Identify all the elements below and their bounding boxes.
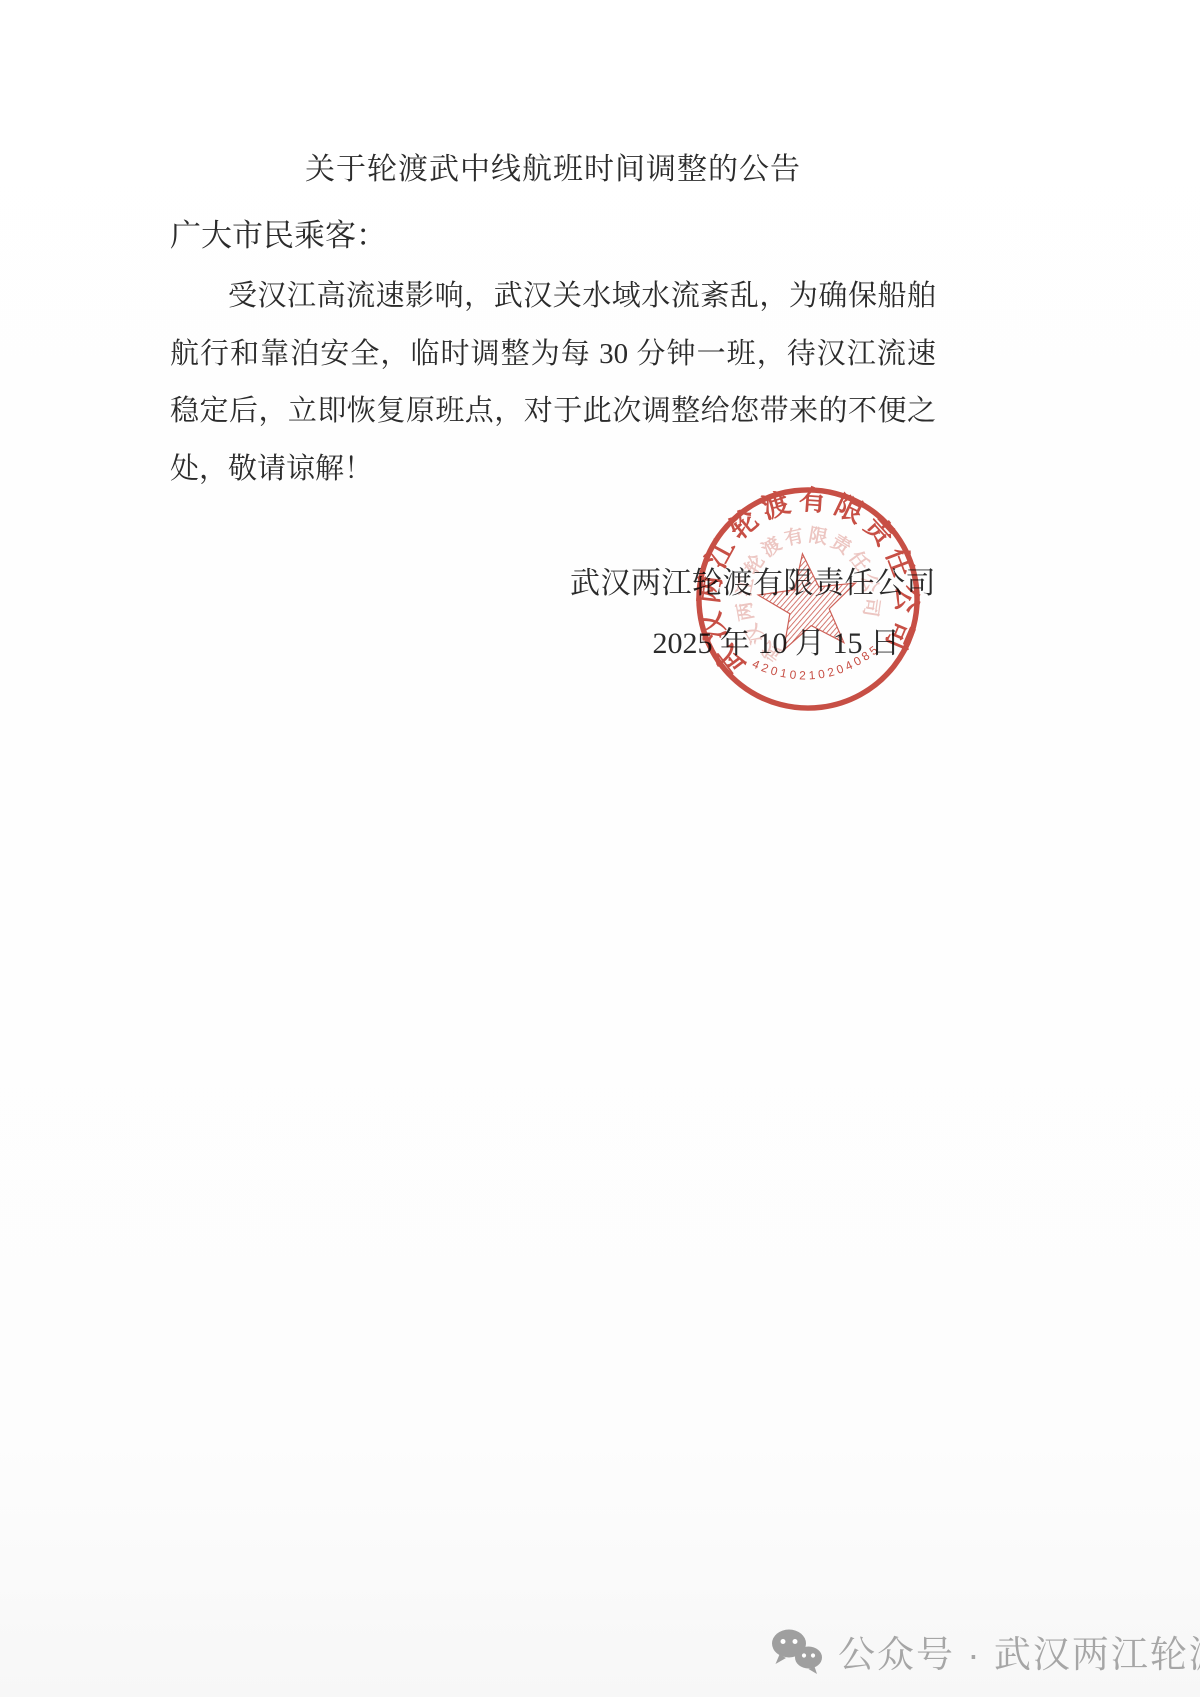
salutation: 广大市民乘客： — [170, 207, 936, 264]
document-body: 关于轮渡武中线航班时间调整的公告 广大市民乘客： 受汉江高流速影响，武汉关水域水… — [170, 141, 936, 672]
wechat-icon — [770, 1628, 826, 1674]
body-line-3: 稳定后，立即恢复原班点，对于此次调整给您带来的不便之 — [170, 383, 936, 441]
signature-company: 武汉两江轮渡有限责任公司 — [170, 555, 936, 612]
watermark-footer: 公众号 · 武汉两江轮渡 — [770, 1624, 1200, 1678]
body-line-4: 处，敬请谅解！ — [170, 441, 936, 499]
watermark-text: 公众号 · 武汉两江轮渡 — [838, 1624, 1200, 1678]
body-paragraph: 受汉江高流速影响，武汉关水域水流紊乱，为确保船舶 航行和靠泊安全，临时调整为每 … — [170, 268, 936, 498]
announcement-document: 关于轮渡武中线航班时间调整的公告 广大市民乘客： 受汉江高流速影响，武汉关水域水… — [0, 0, 1200, 1697]
body-line-2: 航行和靠泊安全，临时调整为每 30 分钟一班，待汉江流速 — [170, 326, 936, 384]
body-line-1: 受汉江高流速影响，武汉关水域水流紊乱，为确保船舶 — [170, 268, 936, 326]
page-title: 关于轮渡武中线航班时间调整的公告 — [170, 141, 936, 198]
signature-date: 2025 年 10 月 15 日 — [170, 615, 936, 672]
